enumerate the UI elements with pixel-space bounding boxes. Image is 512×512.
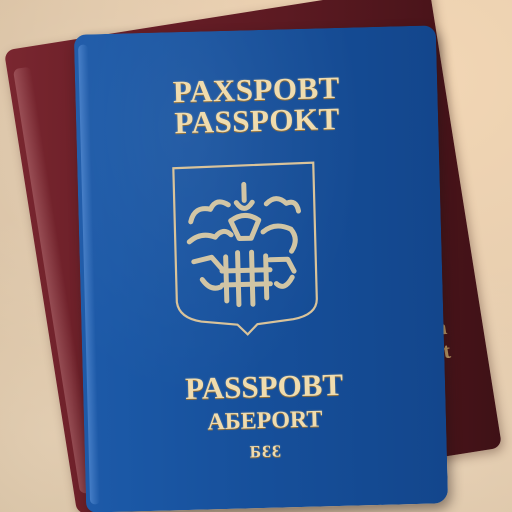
coat-of-arms-icon (169, 158, 322, 338)
biometric-chip-mark: ƂƐƐ (85, 437, 447, 466)
passport-title-bottom: PASSPOBT AБEPORT (83, 365, 447, 442)
passport-title-top: PAXSPOBT PASSPOKT (75, 69, 438, 140)
blue-passport: PAXSPOBT PASSPOKT PASSPOBT AБEPORT ƂƐƐ (74, 25, 448, 512)
